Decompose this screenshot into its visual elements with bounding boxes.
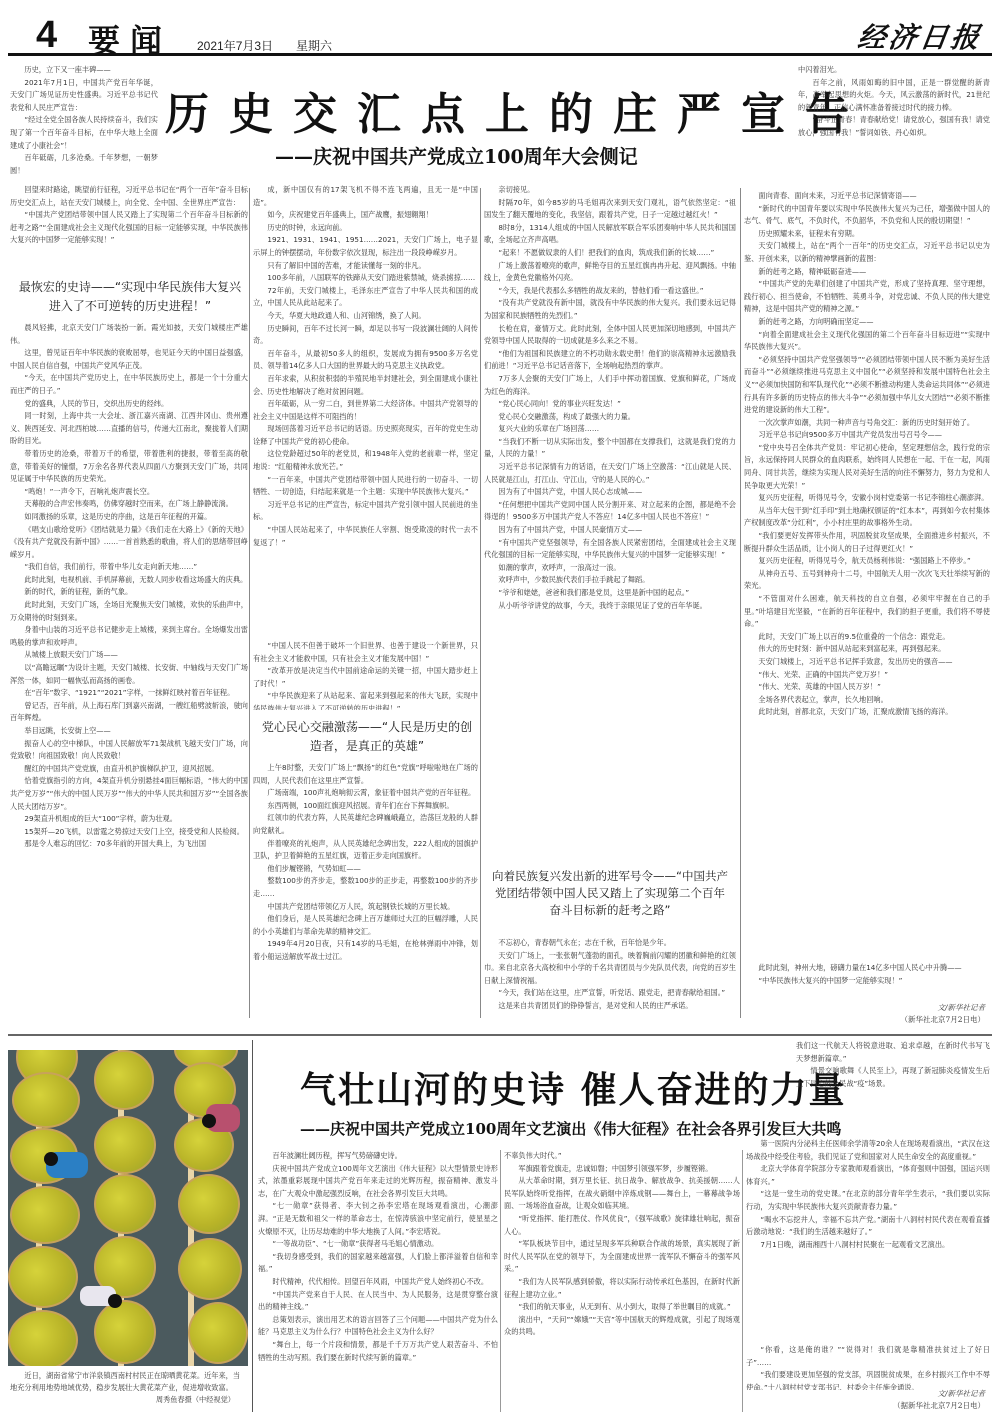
paragraph: 不忘初心，青春朝气永在；志在千秋，百年恰是少年。 <box>484 937 736 950</box>
paragraph: 只有了解旧中国的苦难，才能读懂每一刻的非凡。 <box>253 260 478 273</box>
paragraph: 广场上激荡着嘹亮的歌声，鲜艳夺目的五星红旗冉冉升起、迎风飘扬。中轴线上，金黄色党… <box>484 260 736 285</box>
article2-byline: 文/新华社记者 <box>840 1388 985 1399</box>
paragraph: 成，新中国仅有的17架飞机不得不连飞两遍，且无一是“中国造”。 <box>253 184 478 209</box>
paragraph: “中华民族迎来了从站起来、富起来到强起来的伟大飞跃，实现中华民族伟大复兴进入了不… <box>253 690 478 710</box>
paragraph: 天安门广场上，一张张朝气蓬勃的面孔，映着胸前闪耀的团徽和鲜艳的红领巾。来自北京各… <box>484 950 736 988</box>
paragraph: 此时此刻，神州大地，磅礴力量在14亿多中国人民心中升腾—— <box>744 962 990 975</box>
paragraph: 时隔70年，如今85岁的马毛姐再次来到天安门观礼，语气依然坚定：“祖国发生了翻天… <box>484 197 736 222</box>
section-head-3: 向着民族复兴发出新的进军号令——“中国共产党团结带领中国人民又踏上了实现第二个百… <box>490 868 730 919</box>
paragraph: 百年砥砺，几多沧桑。千年梦想，一朝梦圆！ <box>10 152 158 177</box>
paragraph: 1921、1931、1941、1951……2021，天安门广场上，电子显示屏上的… <box>253 234 478 259</box>
article1-dateline: （新华社北京7月2日电） <box>820 1014 985 1025</box>
article1-column-2: 成，新中国仅有的17架飞机不得不连飞两遍，且无一是“中国造”。 如今，庆祝建党百… <box>253 184 478 654</box>
paragraph: “经过全党全国各族人民持续奋斗，我们实现了第一个百年奋斗目标，在中华大地上全面建… <box>10 114 158 152</box>
article2-headline: 气壮山河的史诗 催人奋进的力量 <box>300 1062 847 1113</box>
article2-column-3-end: “你看，这是俺的谁？”“说得对！我们就是靠精准扶贫过上了好日子”…… “我们要建… <box>746 1344 990 1390</box>
photo-credit: 周秀鱼春摄（中经视觉） <box>10 1394 245 1406</box>
paragraph: 72年前，天安门城楼上，毛泽东庄严宣告了中华人民共和国的成立，中国人民从此站起来… <box>253 285 478 310</box>
article1-headline: 历史交汇点上的庄严宣告 <box>165 78 869 142</box>
article1-column-3: 亲切接见。 时隔70年，如今85岁的马毛姐再次来到天安门观礼，语气依然坚定：“祖… <box>484 184 736 874</box>
paragraph: 晨风轻拂，北京天安门广场装扮一新。霞光如披，天安门城楼庄严雄伟。 <box>10 322 248 347</box>
paragraph: “我们要建设更加坚强的党支部，巩固脱贫成果，在乡村振兴工作中不辱使命。”十八洞村… <box>746 1369 990 1390</box>
article1-quotes: “中国人民不但善于破坏一个旧世界、也善于建设一个新世界，只有社会主义才能救中国，… <box>253 640 478 710</box>
paragraph: 军旗跟着党旗走，忠诚如磐；中国梦引领强军梦，步履铿锵。 <box>504 1163 740 1176</box>
article2-dateline: （据新华社北京7月2日电） <box>810 1400 985 1411</box>
paragraph: 中闪着泪光。 <box>798 64 990 77</box>
paragraph: “新时代的中国青年要以实现中华民族伟大复兴为己任，增强做中国人的志气、骨气、底气… <box>744 203 990 228</box>
paragraph: 面向青春、面向未来，习近平总书记深情寄语—— <box>744 190 990 203</box>
photo-caption-text: 近日，湖南省常宁市洋泉镇西南村村民正在晾晒黄花菜。近年来，当地充分利用地势地域优… <box>10 1370 245 1394</box>
paragraph: 亲切接见。 <box>484 184 736 197</box>
article1-column-3-lower: 不忘初心，青春朝气永在；志在千秋，百年恰是少年。 天安门广场上，一张张朝气蓬勃的… <box>484 937 736 1037</box>
article1-column-4-top: 中闪着泪光。 百年之前，风雨如晦的旧中国，正是一群觉醒的新青年，高举起思想的火炬… <box>798 64 990 188</box>
paragraph: “改革开放是决定当代中国前途命运的关键一招，中国大踏步赶上了时代！” <box>253 665 478 690</box>
paragraph: “七一勋章”获得者、李大钊之孙李宏塔在现场观看演出，心潮澎湃。“正是无数和祖父一… <box>258 1200 498 1238</box>
paragraph: “奋斗正青春！青春献给党！请党放心，强国有我！请党放心，强国有我！”誓词如铁、丹… <box>798 114 990 139</box>
paragraph: 从大革命时期，到万里长征、抗日战争、解放战争、抗美援朝……人民军队始终听党指挥，… <box>504 1175 740 1213</box>
column-divider <box>500 1150 501 1412</box>
photo-caption: 近日，湖南省常宁市洋泉镇西南村村民正在晾晒黄花菜。近年来，当地充分利用地势地域优… <box>10 1370 245 1406</box>
column-divider <box>252 1040 253 1412</box>
paragraph: “军队板块节目中，通过呈现多军兵种联合作战的场景，真实展现了新时代人民军队在党的… <box>504 1238 740 1276</box>
article2-column-2: 不辜负伟大时代。” 军旗跟着党旗走，忠诚如磐；中国梦引领强军梦，步履铿锵。 从大… <box>504 1150 740 1412</box>
article2-subheadline: ——庆祝中国共产党成立100周年文艺演出《伟大征程》在社会各界引发巨大共鸣 <box>300 1118 841 1139</box>
article2-column-3: 第一医院内分泌科主任医师余学清等20余人在现场观看演出，“武汉在这场战役中经受住… <box>746 1138 990 1348</box>
article-divider <box>8 1034 992 1036</box>
column-divider <box>480 188 481 1018</box>
paragraph: 8时8分，1314人组成的中国人民解放军联合军乐团奏响中华人民共和国国歌，全场起… <box>484 222 736 247</box>
article1-column-1-top: 历史，立下又一座丰碑—— 2021年7月1日，中国共产党百年华诞，天安门广场见证… <box>10 64 158 182</box>
paragraph: 历史，立下又一座丰碑—— <box>10 64 158 77</box>
paragraph: “中国共产党团结带领中国人民又踏上了实现第二个百年奋斗目标新的赶考之路”“全面建… <box>10 209 248 247</box>
article1-column-2-lower: 上午8时整，天安门广场上“飘扬”的红色“党旗”呼啦啦地在广场的四周，人民代表们在… <box>253 762 478 1042</box>
paragraph: “中国人民不但善于破坏一个旧世界、也善于建设一个新世界，只有社会主义才能救中国，… <box>253 640 478 665</box>
paragraph: 百年波澜壮阔历程，挥写气势磅礴史诗。 <box>258 1150 498 1163</box>
article2-column-1: 百年波澜壮阔历程，挥写气势磅礴史诗。 庆祝中国共产党成立100周年文艺演出《伟大… <box>258 1150 498 1412</box>
paragraph: “中华民族伟大复兴的中国梦一定能够实现！” <box>744 975 990 988</box>
section-head-1: 最恢宏的史诗——“实现中华民族伟大复兴进入了不可逆转的历史进程！” <box>14 278 246 316</box>
paragraph: “一等战功臣”、“七一勋章”获得者马毛姐心情激动。 <box>258 1238 498 1251</box>
newspaper-logo: 经济日报 <box>855 16 985 56</box>
article1-byline: 文/新华社记者 <box>840 1002 985 1013</box>
column-divider <box>742 1150 743 1412</box>
section-head-2: 党心民心交融激荡——“人民是历史的创造者，是真正的英雄” <box>258 718 476 756</box>
paragraph: 历史的时钟，永远向前。 <box>253 222 478 235</box>
article1-column-1-body: 晨风轻拂，北京天安门广场装扮一新。霞光如披，天安门城楼庄严雄伟。 这里，曾见证百… <box>10 322 248 1042</box>
paragraph: “起来！不愿做奴隶的人们！把我们的血肉，筑成我们新的长城……” <box>484 247 736 260</box>
paragraph: “听党指挥、能打胜仗、作风优良”，《强军战歌》旋律雄壮响起，振奋人心。 <box>504 1213 740 1238</box>
paragraph: 回望来时路途，眺望前行征程，习近平总书记在“两个一百年”奋斗目标历史交汇点上，站… <box>10 184 248 209</box>
article1-column-1-intro: 回望来时路途，眺望前行征程，习近平总书记在“两个一百年”奋斗目标历史交汇点上，站… <box>10 184 248 264</box>
paragraph: “你看，这是俺的谁？”“说得对！我们就是靠精准扶贫过上了好日子”…… <box>746 1344 990 1369</box>
paragraph: 2021年7月1日，中国共产党百年华诞，天安门广场见证历史性盛典。习近平总书记代… <box>10 77 158 115</box>
column-divider <box>249 188 250 1018</box>
page-number: 4 <box>36 14 57 57</box>
paragraph: 如今，庆祝建党百年盛典上，国产战鹰，振翅翱翔！ <box>253 209 478 222</box>
issue-weekday: 星期六 <box>296 37 332 54</box>
issue-date: 2021年7月3日 <box>197 37 273 54</box>
paragraph: “我切身感受到，我们的国家越来越富强，人们脸上都洋溢着自信和幸福。” <box>258 1251 498 1276</box>
news-photo <box>8 1050 248 1366</box>
paragraph: 情景交响歌舞《人民至上》，再现了新冠肺炎疫情发生后上下同心的全民战“疫”场景。 <box>796 1065 990 1090</box>
paragraph: 庆祝中国共产党成立100周年文艺演出《伟大征程》以大型情景史诗形式，浓墨重彩展现… <box>258 1163 498 1201</box>
article1-closing: 此时此刻，神州大地，磅礴力量在14亿多中国人民心中升腾—— “中华民族伟大复兴的… <box>744 962 990 1002</box>
paragraph: 100多年前，八国联军的铁蹄从天安门踏进紫禁城，烧杀掳掠…… <box>253 272 478 285</box>
masthead-rule <box>8 53 992 56</box>
paragraph: 不辜负伟大时代。” <box>504 1150 740 1163</box>
article1-column-4: 面向青春、面向未来，习近平总书记深情寄语—— “新时代的中国青年要以实现中华民族… <box>744 190 990 960</box>
article2-column-3-top: 我们这一代航天人将锐意进取、追求卓越，在新时代书写飞天梦想新篇章。” 情景交响歌… <box>796 1040 990 1136</box>
paragraph: 百年之前，风雨如晦的旧中国，正是一群觉醒的新青年，高举起思想的火炬。今天，风云激… <box>798 77 990 115</box>
paragraph: 我们这一代航天人将锐意进取、追求卓越，在新时代书写飞天梦想新篇章。” <box>796 1040 990 1065</box>
column-divider <box>740 188 741 1018</box>
article1-subheadline: ——庆祝中国共产党成立100周年大会侧记 <box>275 142 638 169</box>
